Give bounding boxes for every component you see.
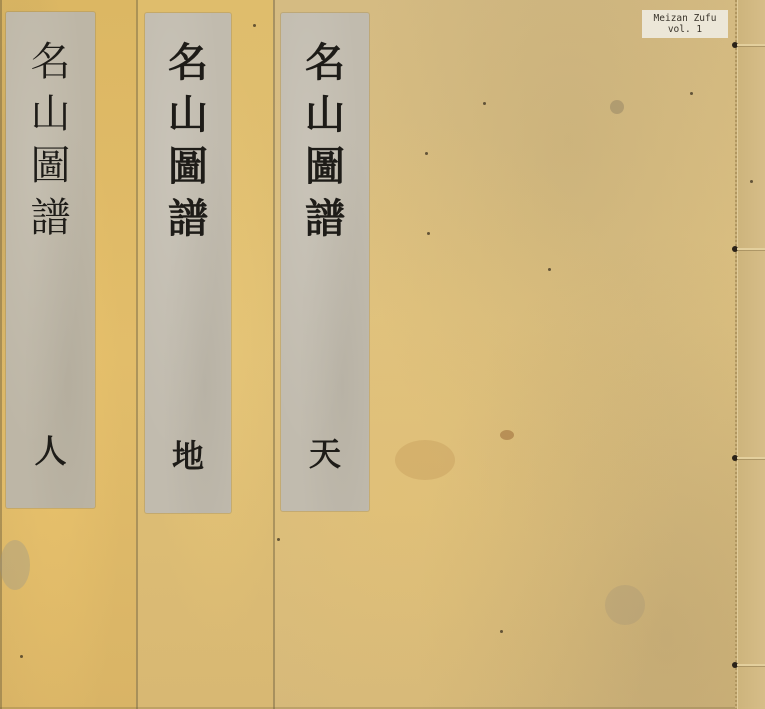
paper-speck [425,152,428,155]
title-slip-vol-3: 名 山 圖 譜 人 [6,12,95,508]
binding-thread-line [735,0,737,709]
binding-thread [737,248,765,250]
binding-spine [737,0,765,709]
title-char: 圖 [31,140,71,192]
paper-speck [750,180,753,183]
paper-speck [427,232,430,235]
title-char: 譜 [305,193,345,245]
volume-char: 天 [281,429,369,475]
paper-speck [483,102,486,105]
title-char: 圖 [305,141,345,193]
title-char: 譜 [31,192,71,244]
title-char: 名 [31,36,71,88]
title-char: 譜 [168,193,208,245]
paper-stain [395,440,455,480]
title-char: 名 [305,37,345,89]
paper-speck [500,630,503,633]
paper-speck [20,655,23,658]
paper-stain [610,100,624,114]
title-text: 名 山 圖 譜 [281,37,369,245]
title-char: 圖 [168,141,208,193]
paper-speck [277,538,280,541]
title-char: 山 [305,89,345,141]
paper-stain [500,430,514,440]
paper-stain [0,540,30,590]
binding-thread [737,457,765,459]
label-volume: vol. 1 [642,24,728,35]
paper-speck [548,268,551,271]
paper-speck [253,24,256,27]
catalog-label: Meizan Zufu vol. 1 [642,10,728,38]
title-char: 山 [168,89,208,141]
title-char: 山 [31,88,71,140]
paper-speck [690,92,693,95]
title-text: 名 山 圖 譜 [6,36,95,244]
volume-char: 人 [6,426,95,472]
binding-thread [737,664,765,666]
title-slip-vol-2: 名 山 圖 譜 地 [145,13,231,513]
title-slip-vol-1: 名 山 圖 譜 天 [281,13,369,511]
title-text: 名 山 圖 譜 [145,37,231,245]
volume-char: 地 [145,431,231,477]
binding-thread [737,44,765,46]
title-char: 名 [168,37,208,89]
label-title: Meizan Zufu [642,13,728,24]
paper-stain [605,585,645,625]
